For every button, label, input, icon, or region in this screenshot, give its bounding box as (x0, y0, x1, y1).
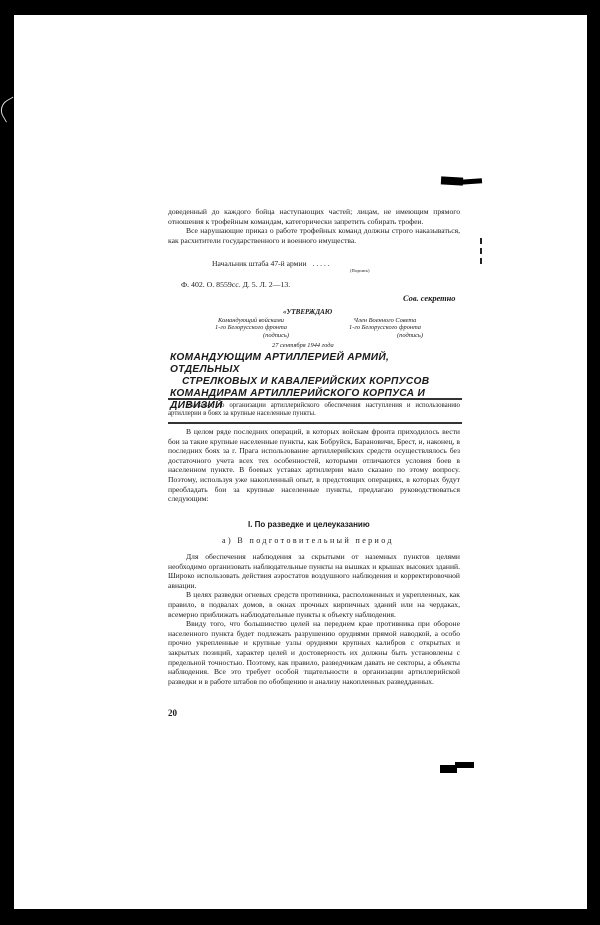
approver-title: Командующий войсками (196, 317, 306, 324)
paragraph: Для обеспечения наблюдения за скрытыми о… (168, 552, 460, 590)
paragraph-continuation: доведенный до каждого бойца наступающих … (168, 207, 460, 226)
page-number: 20 (168, 708, 177, 718)
approver-signature: (подпись) (330, 332, 440, 339)
approver-signature: (подпись) (196, 332, 306, 339)
heading-line: КОМАНДУЮЩИМ АРТИЛЛЕРИЕЙ АРМИЙ, ОТДЕЛЬНЫХ (170, 352, 460, 376)
paragraph: Все нарушающие приказ о работе трофейных… (168, 226, 460, 245)
approver-front: 1-го Белорусского фронта (330, 324, 440, 331)
intro-text: В целом ряде последних операций, в котор… (168, 427, 460, 504)
signature-chief-of-staff: Начальник штаба 47-й армии . . . . . (212, 259, 330, 268)
paragraph: Ввиду того, что большинство целей на пер… (168, 619, 460, 686)
approval-label: «УТВЕРЖДАЮ (283, 308, 332, 316)
body-paragraphs: Для обеспечения наблюдения за скрытыми о… (168, 552, 460, 686)
approval-left: Командующий войсками 1-го Белорусского ф… (196, 317, 306, 339)
signature-title: Начальник штаба 47-й армии (212, 259, 307, 268)
subsection-title: а) В подготовительный период (222, 536, 394, 545)
archive-reference: Ф. 402. О. 8559сс. Д. 5. Л. 2—13. (181, 280, 290, 289)
divider (168, 398, 462, 400)
margin-ticks (480, 238, 483, 268)
top-paragraph: доведенный до каждого бойца наступающих … (168, 207, 460, 245)
section-title: I. По разведке и целеуказанию (248, 520, 370, 529)
approval-right: Член Военного Совета 1-го Белорусского ф… (330, 317, 440, 339)
subject-text: Указания по организации артиллерийского … (168, 402, 460, 419)
signature-label: (Подпись) (350, 268, 370, 273)
intro-paragraph: В целом ряде последних операций, в котор… (168, 427, 460, 504)
divider (168, 422, 462, 424)
heading-line: СТРЕЛКОВЫХ И КАВАЛЕРИЙСКИХ КОРПУСОВ (170, 376, 460, 388)
signature-dots: . . . . . (313, 259, 330, 268)
subject-line: Указания по организации артиллерийского … (168, 402, 460, 419)
paragraph: В целях разведки огневых средств противн… (168, 590, 460, 619)
approver-front: 1-го Белорусского фронта (196, 324, 306, 331)
scan-mark-bottom-tail (455, 762, 474, 768)
approval-date: 27 сентября 1944 года (272, 342, 334, 349)
approver-title: Член Военного Совета (330, 317, 440, 324)
classification-label: Сов. секретно (403, 294, 455, 303)
